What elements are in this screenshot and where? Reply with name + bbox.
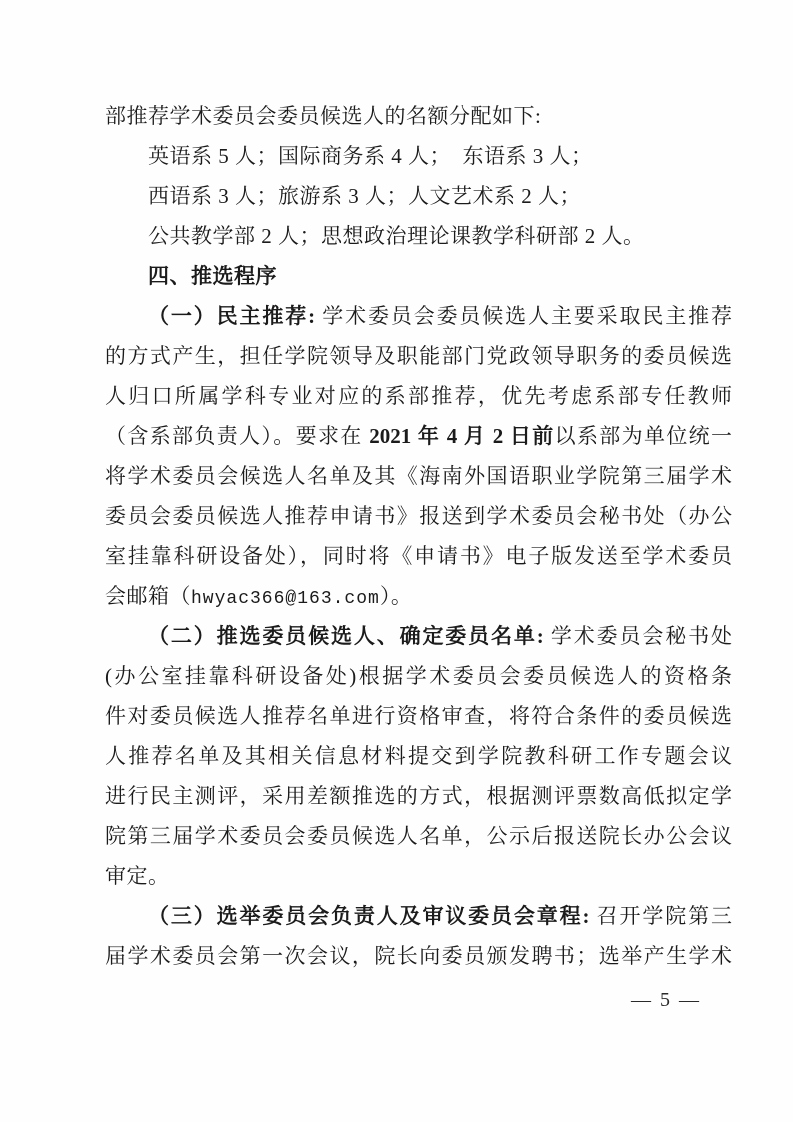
text-line: 人推荐名单及其相关信息材料提交到学院教科研工作专题会议 [105, 736, 732, 776]
body-text: 英语系 5 人；国际商务系 4 人； 东语系 3 人； [148, 144, 593, 168]
text-line: 件对委员候选人推荐名单进行资格审查，将符合条件的委员候选 [105, 696, 732, 736]
text-line: （含系部负责人）。要求在 2021 年 4 月 2 日前以系部为单位统一 [105, 416, 732, 456]
document-page: 部推荐学术委员会委员候选人的名额分配如下:英语系 5 人；国际商务系 4 人； … [0, 0, 793, 1122]
body-text: 公共教学部 2 人；思想政治理论课教学科研部 2 人。 [148, 224, 645, 248]
text-line: 院第三届学术委员会委员候选人名单，公示后报送院长办公会议 [105, 816, 732, 856]
text-line: 四、推选程序 [105, 256, 732, 296]
body-text: 人推荐名单及其相关信息材料提交到学院教科研工作专题会议 [105, 744, 732, 768]
body-text: ）。 [380, 584, 413, 608]
bold-text: 四、推选程序 [148, 264, 277, 288]
email-text: hwyac366@163.com [191, 589, 380, 609]
bold-text: （二）推选委员候选人、确定委员名单: [148, 624, 544, 648]
text-line: 部推荐学术委员会委员候选人的名额分配如下: [105, 96, 732, 136]
bold-text: 2021 年 4 月 2 日前 [369, 424, 554, 448]
body-text: 学术委员会委员候选人主要采取民主推荐 [315, 304, 732, 328]
text-line: （三）选举委员会负责人及审议委员会章程: 召开学院第三 [105, 896, 732, 936]
body-text: 召开学院第三 [590, 904, 732, 928]
text-line: 进行民主测评，采用差额推选的方式，根据测评票数高低拟定学 [105, 776, 732, 816]
body-text: 进行民主测评，采用差额推选的方式，根据测评票数高低拟定学 [105, 784, 732, 808]
bold-text: （一）民主推荐: [148, 304, 315, 328]
body-text: 室挂靠科研设备处），同时将《申请书》电子版发送至学术委员 [105, 544, 732, 568]
body-text: 以系部为单位统一 [555, 424, 732, 448]
text-line: 人归口所属学科专业对应的系部推荐，优先考虑系部专任教师 [105, 376, 732, 416]
text-line: 室挂靠科研设备处），同时将《申请书》电子版发送至学术委员 [105, 536, 732, 576]
body-text: 委员会委员候选人推荐申请书》报送到学术委员会秘书处（办公 [105, 504, 732, 528]
text-line: 的方式产生，担任学院领导及职能部门党政领导职务的委员候选 [105, 336, 732, 376]
body-text: 件对委员候选人推荐名单进行资格审查，将符合条件的委员候选 [105, 704, 732, 728]
bold-text: （三）选举委员会负责人及审议委员会章程: [148, 904, 590, 928]
text-line: 公共教学部 2 人；思想政治理论课教学科研部 2 人。 [105, 216, 732, 256]
text-line: (办公室挂靠科研设备处)根据学术委员会委员候选人的资格条 [105, 656, 732, 696]
text-line: 届学术委员会第一次会议，院长向委员颁发聘书；选举产生学术 [105, 936, 732, 976]
page-number: — 5 — [631, 980, 701, 1020]
body-text: 会邮箱（ [105, 584, 191, 608]
body-text: 审定。 [105, 864, 170, 888]
text-line: （一）民主推荐: 学术委员会委员候选人主要采取民主推荐 [105, 296, 732, 336]
body-text: 学术委员会秘书处 [544, 624, 732, 648]
body-text: 部推荐学术委员会委员候选人的名额分配如下: [105, 104, 541, 128]
text-line: 英语系 5 人；国际商务系 4 人； 东语系 3 人； [105, 136, 732, 176]
document-body: 部推荐学术委员会委员候选人的名额分配如下:英语系 5 人；国际商务系 4 人； … [105, 96, 732, 976]
text-line: 委员会委员候选人推荐申请书》报送到学术委员会秘书处（办公 [105, 496, 732, 536]
body-text: 将学术委员会候选人名单及其《海南外国语职业学院第三届学术 [105, 464, 732, 488]
body-text: 届学术委员会第一次会议，院长向委员颁发聘书；选举产生学术 [105, 944, 732, 968]
text-line: 会邮箱（hwyac366@163.com）。 [105, 576, 732, 616]
body-text: 院第三届学术委员会委员候选人名单，公示后报送院长办公会议 [105, 824, 732, 848]
text-line: 将学术委员会候选人名单及其《海南外国语职业学院第三届学术 [105, 456, 732, 496]
body-text: 西语系 3 人；旅游系 3 人；人文艺术系 2 人； [148, 184, 581, 208]
body-text: 人归口所属学科专业对应的系部推荐，优先考虑系部专任教师 [105, 384, 732, 408]
body-text: （含系部负责人）。要求在 [105, 424, 369, 448]
text-line: 西语系 3 人；旅游系 3 人；人文艺术系 2 人； [105, 176, 732, 216]
text-line: （二）推选委员候选人、确定委员名单: 学术委员会秘书处 [105, 616, 732, 656]
body-text: 的方式产生，担任学院领导及职能部门党政领导职务的委员候选 [105, 344, 732, 368]
body-text: (办公室挂靠科研设备处)根据学术委员会委员候选人的资格条 [105, 664, 732, 688]
text-line: 审定。 [105, 856, 732, 896]
